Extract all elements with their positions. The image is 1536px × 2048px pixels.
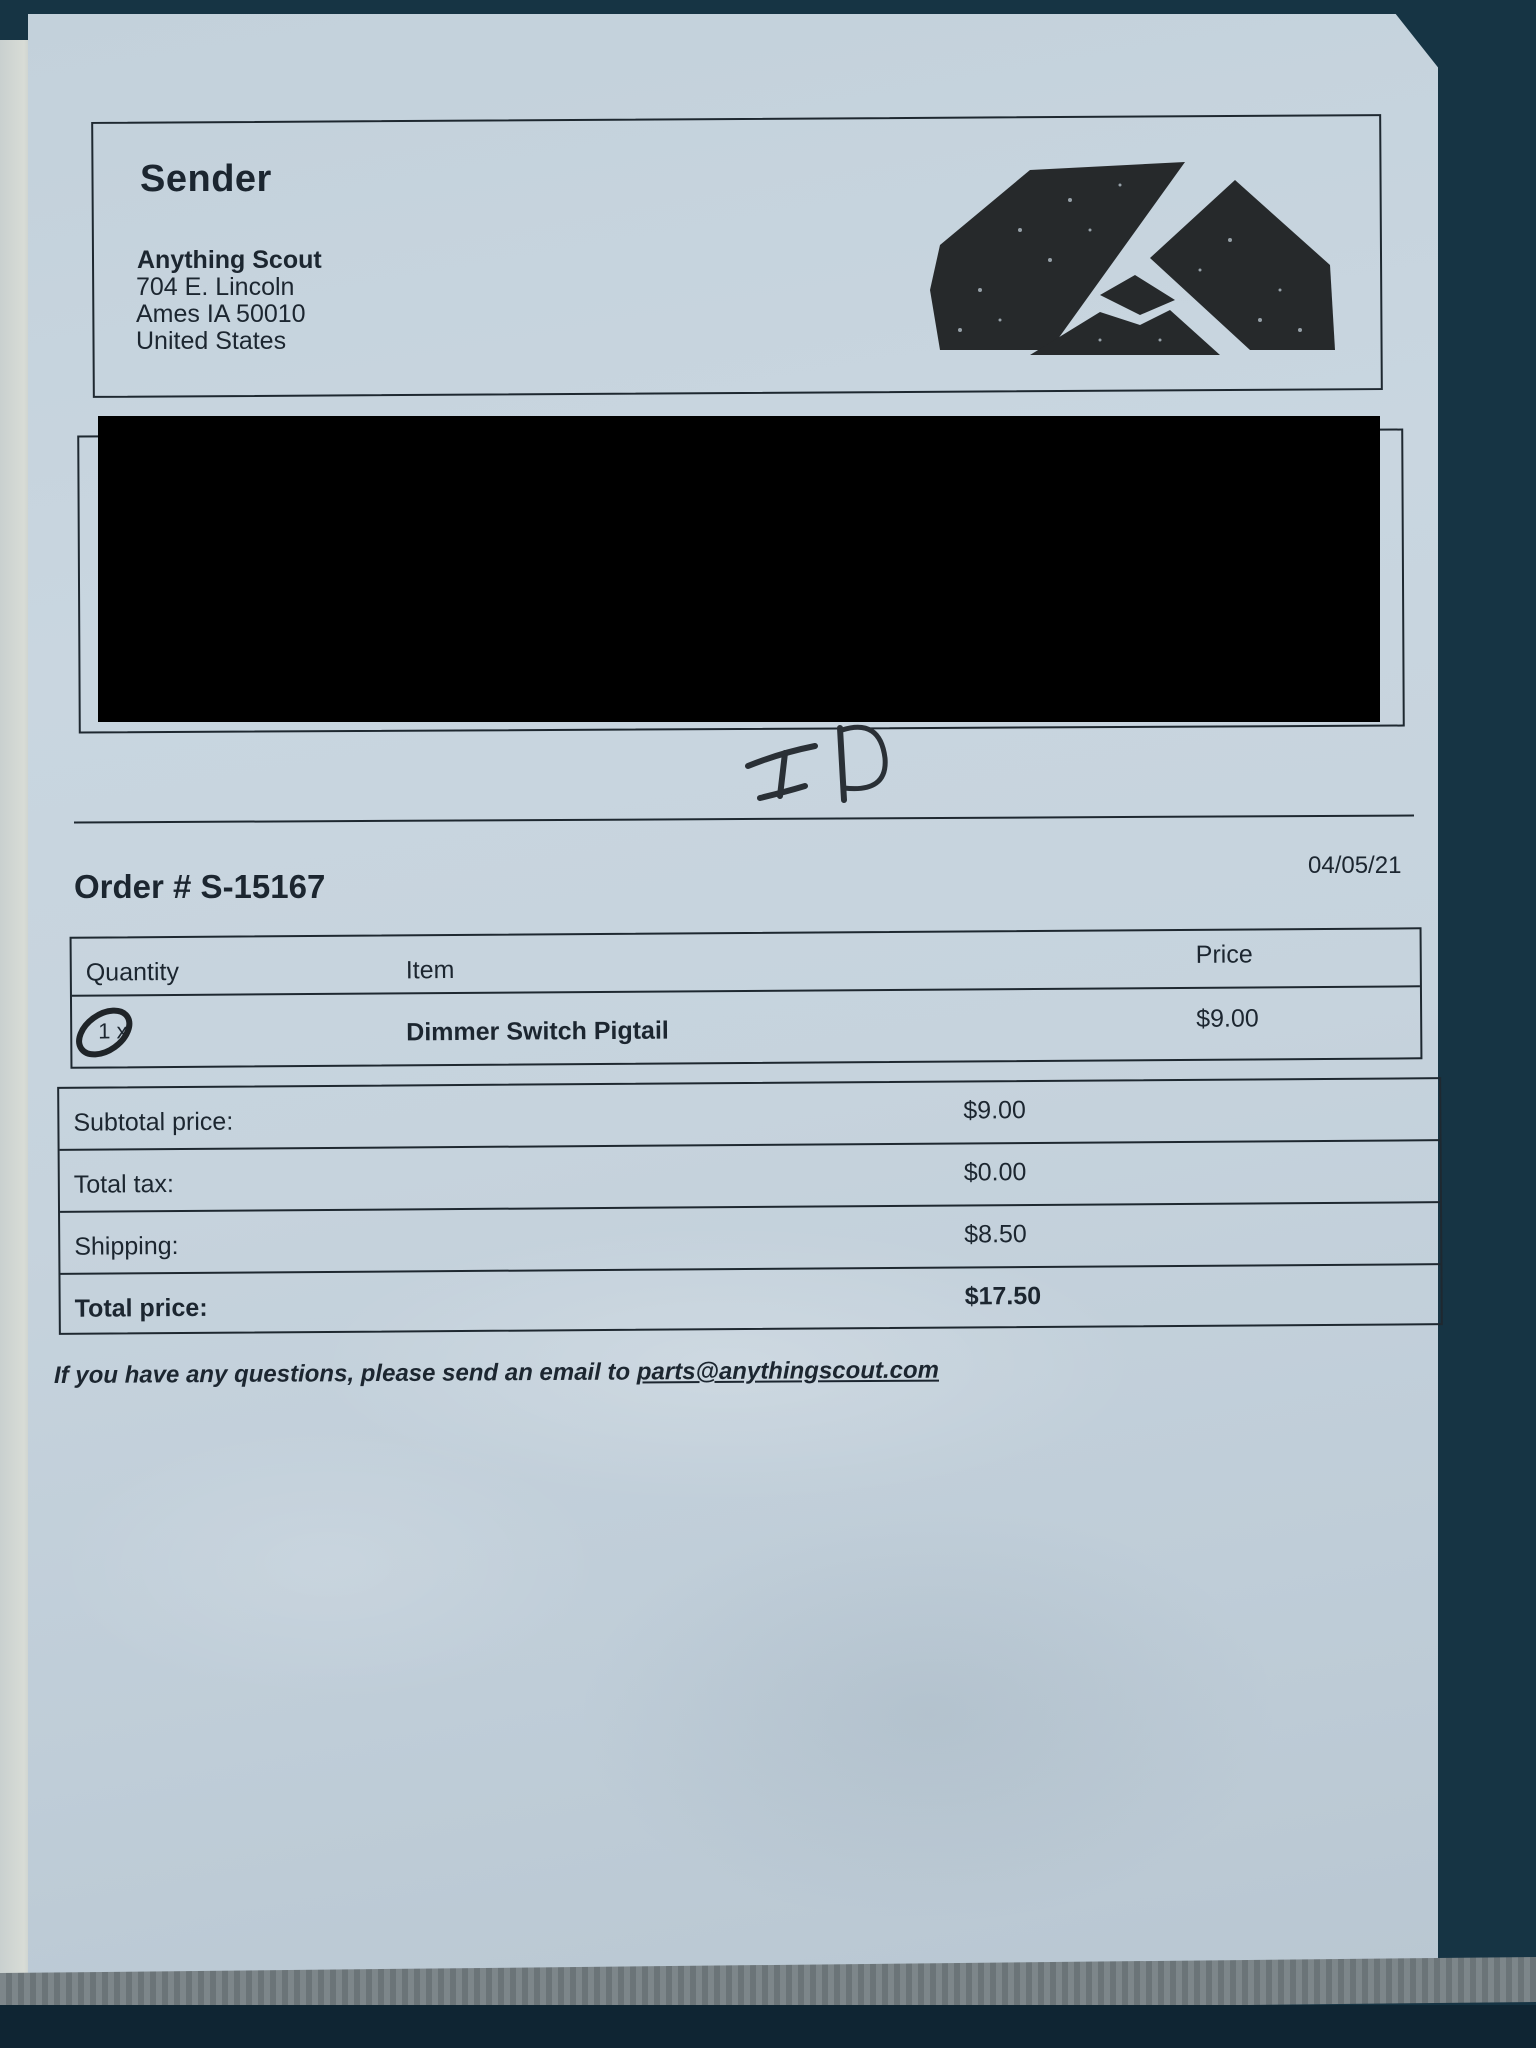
items-table: Quantity Item Price 1 x Dimmer Switch Pi… <box>70 927 1423 1068</box>
column-header-item: Item <box>406 956 455 985</box>
sender-address-line: United States <box>136 327 286 356</box>
photo-stage: Sender Anything Scout 704 E. Lincoln Ame… <box>0 0 1536 2048</box>
footer-text: If you have any questions, please send a… <box>54 1358 637 1389</box>
column-header-quantity: Quantity <box>86 958 179 988</box>
background-bottom <box>0 2005 1536 2048</box>
tax-label: Total tax: <box>74 1170 174 1200</box>
column-header-price: Price <box>1196 940 1253 969</box>
handwritten-note: ID <box>740 718 900 808</box>
order-date: 04/05/21 <box>1308 852 1401 880</box>
order-number: Order # S-15167 <box>74 868 325 906</box>
anything-scout-logo-icon <box>900 140 1340 360</box>
tax-value: $0.00 <box>964 1158 1027 1187</box>
sender-name: Anything Scout <box>137 246 322 275</box>
recipient-redaction <box>98 416 1380 722</box>
totals-row-shipping: Shipping: $8.50 <box>60 1203 1440 1275</box>
sender-address-line: 704 E. Lincoln <box>136 273 294 302</box>
item-name: Dimmer Switch Pigtail <box>406 1017 669 1048</box>
item-price: $9.00 <box>1196 1004 1259 1033</box>
subtotal-label: Subtotal price: <box>73 1108 233 1138</box>
subtotal-value: $9.00 <box>963 1096 1026 1125</box>
sender-heading: Sender <box>140 158 272 201</box>
sender-address-line: Ames IA 50010 <box>136 300 306 329</box>
totals-row-tax: Total tax: $0.00 <box>60 1141 1440 1213</box>
shipping-label: Shipping: <box>74 1232 178 1262</box>
total-value: $17.50 <box>965 1282 1042 1312</box>
shipping-value: $8.50 <box>964 1220 1027 1249</box>
totals-table: Subtotal price: $9.00 Total tax: $0.00 S… <box>57 1077 1443 1335</box>
totals-row-subtotal: Subtotal price: $9.00 <box>59 1079 1439 1151</box>
support-email-link[interactable]: parts@anythingscout.com <box>637 1357 939 1386</box>
circled-quantity-mark-icon <box>72 1002 136 1058</box>
totals-row-total: Total price: $17.50 <box>60 1265 1440 1337</box>
header-separator <box>72 985 1420 996</box>
footer-note: If you have any questions, please send a… <box>54 1357 939 1390</box>
total-label: Total price: <box>75 1294 208 1324</box>
